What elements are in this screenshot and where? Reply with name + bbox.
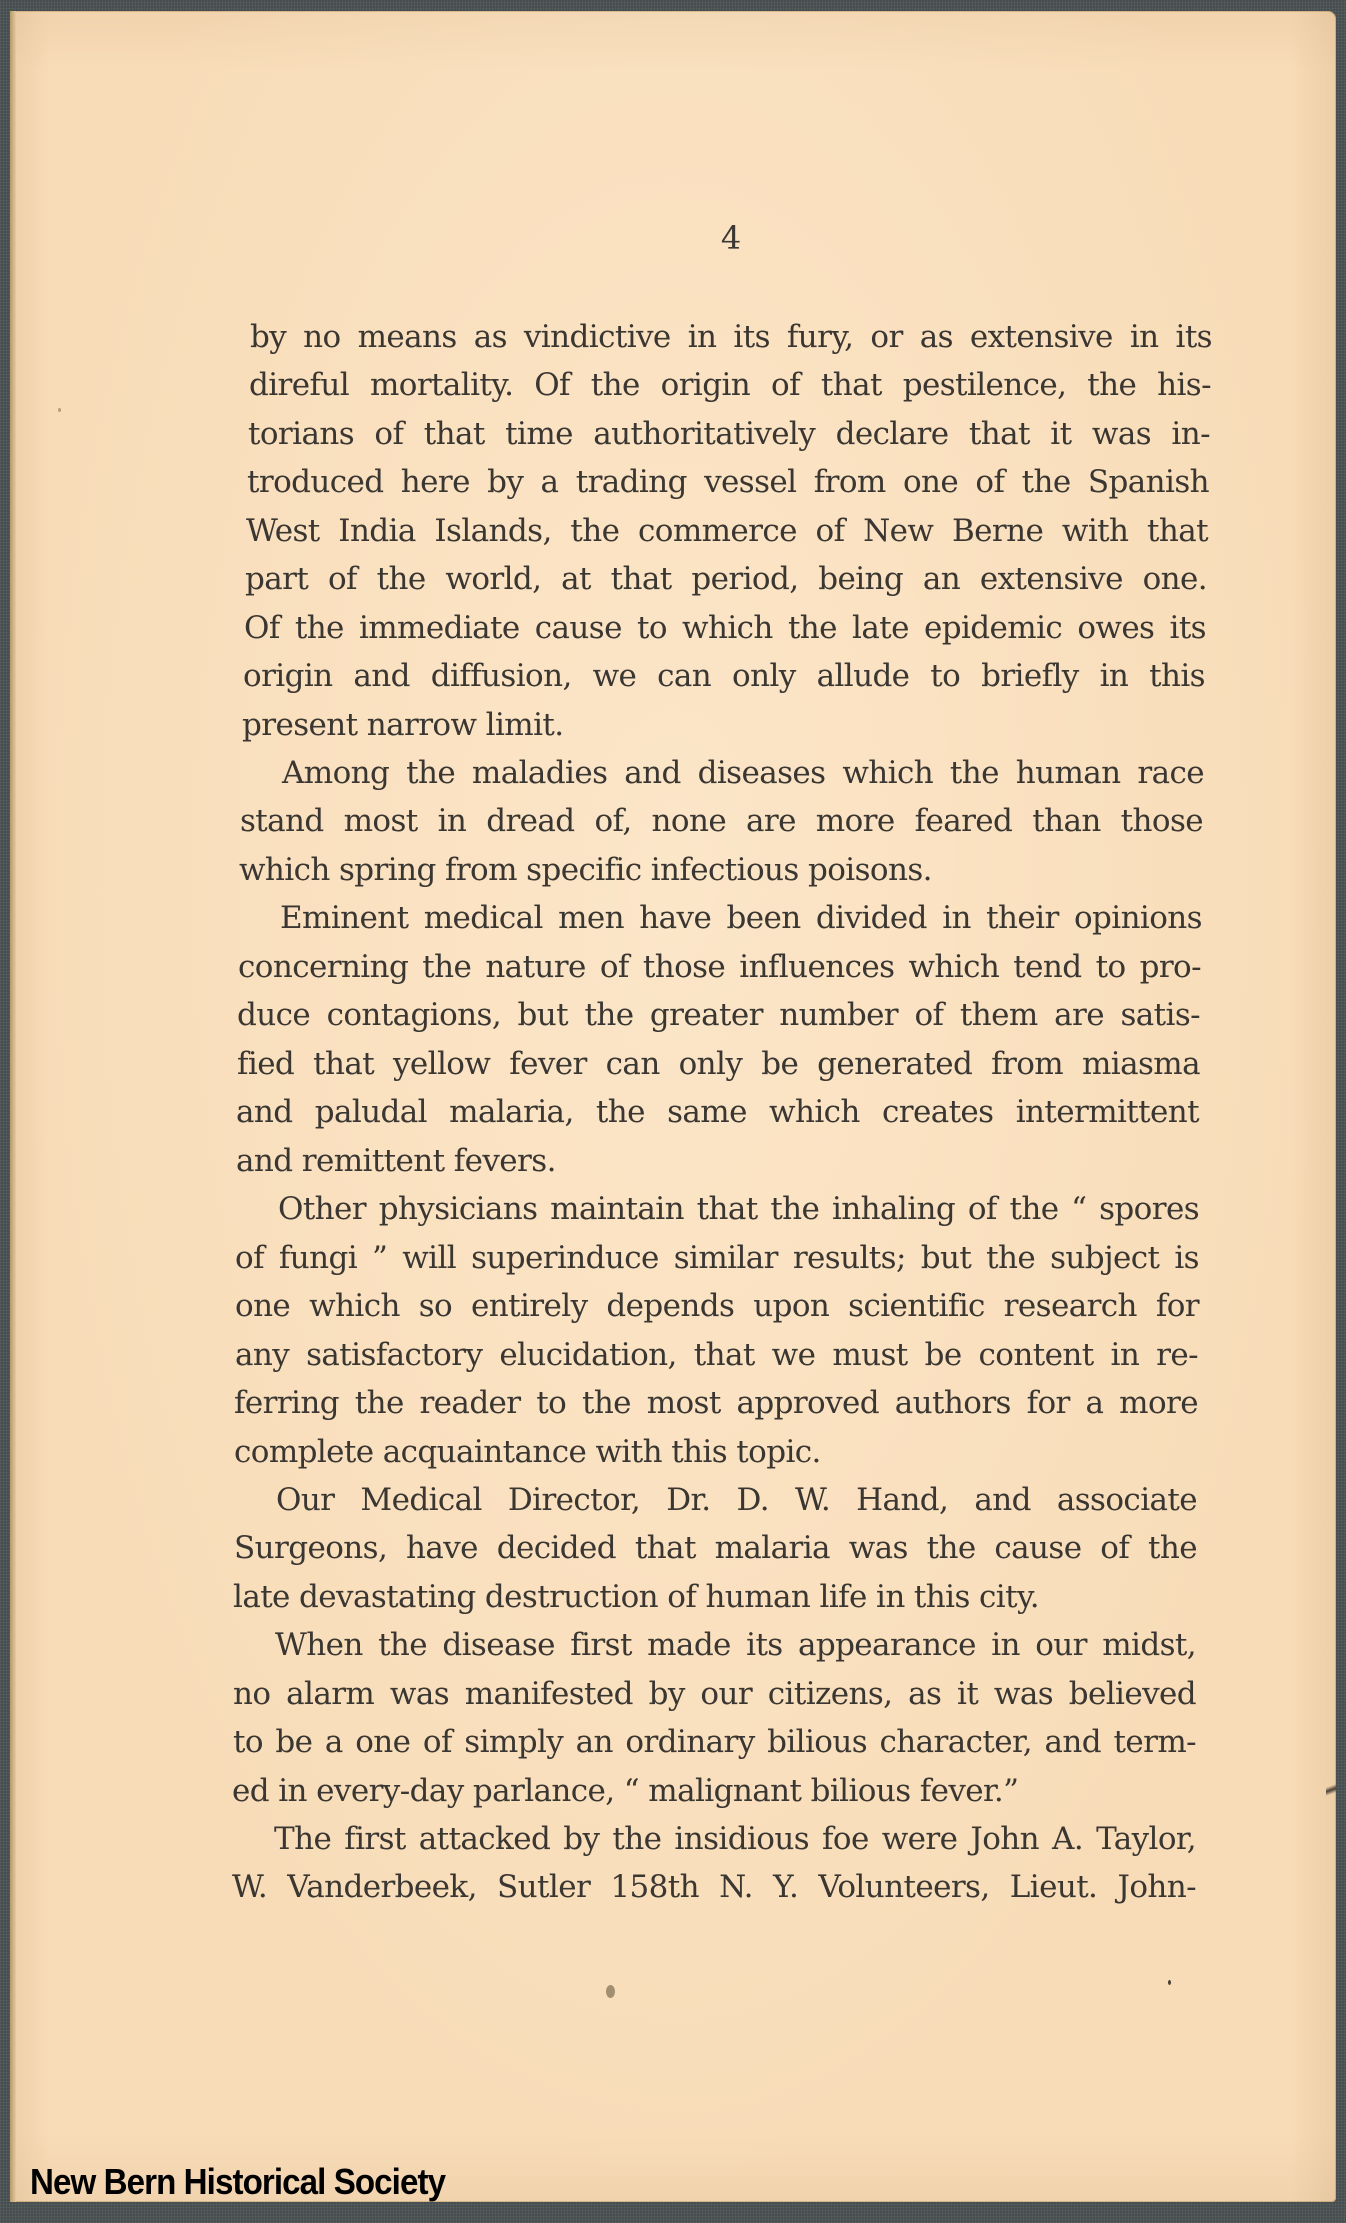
text-line: to be a one of simply an ordinary biliou… <box>233 1722 1196 1762</box>
text-line: Other physicians maintain that the inhal… <box>278 1189 1199 1229</box>
text-line: origin and diffusion, we can only allude… <box>243 656 1205 696</box>
paper-stain <box>606 1985 615 1998</box>
text-line: direful mortality. Of the origin of that… <box>249 365 1211 405</box>
text-line: Our Medical Director, Dr. D. W. Hand, an… <box>276 1480 1197 1520</box>
text-line: troduced here by a trading vessel from o… <box>247 462 1209 502</box>
watermark: New Bern Historical Society <box>30 2160 445 2204</box>
text-line: duce contagions, but the greater number … <box>237 995 1200 1035</box>
page-number: 4 <box>716 218 746 258</box>
paper-speck <box>58 408 61 412</box>
text-line: no alarm was manifested by our citizens,… <box>233 1674 1196 1714</box>
page-tear <box>1326 1770 1336 1810</box>
text-line: part of the world, at that period, being… <box>245 559 1207 599</box>
text-line: late devastating destruction of human li… <box>233 1577 1039 1617</box>
text-line: Eminent medical men have been divided in… <box>280 898 1202 938</box>
text-line: and paludal malaria, the same which crea… <box>236 1092 1199 1132</box>
text-line: West India Islands, the commerce of New … <box>246 511 1208 551</box>
page-edge <box>10 11 16 2202</box>
text-line: When the disease first made its appearan… <box>275 1625 1196 1665</box>
text-line: concerning the nature of those influence… <box>238 947 1201 987</box>
text-line: Surgeons, have decided that malaria was … <box>234 1528 1197 1568</box>
text-line: by no means as vindictive in its fury, o… <box>250 317 1212 357</box>
text-line: complete acquaintance with this topic. <box>234 1432 821 1472</box>
text-line: fied that yellow fever can only be gener… <box>237 1044 1200 1084</box>
text-line: Of the immediate cause to which the late… <box>244 608 1206 648</box>
text-line: The first attacked by the insidious foe … <box>274 1819 1196 1859</box>
text-line: ferring the reader to the most approved … <box>234 1383 1198 1423</box>
text-line: torians of that time authoritatively dec… <box>248 414 1210 454</box>
text-line: ed in every-day parlance, “ malignant bi… <box>232 1771 1018 1811</box>
text-line: Among the maladies and diseases which th… <box>282 753 1204 793</box>
text-line: which spring from specific infectious po… <box>239 850 932 890</box>
text-line: of fungi ” will superinduce similar resu… <box>235 1238 1199 1278</box>
text-line: and remittent fevers. <box>236 1141 556 1181</box>
text-line: one which so entirely depends upon scien… <box>235 1286 1199 1326</box>
text-line: any satisfactory elucidation, that we mu… <box>235 1335 1198 1375</box>
text-line: present narrow limit. <box>242 705 564 745</box>
text-line: W. Vanderbeek, Sutler 158th N. Y. Volunt… <box>232 1867 1196 1907</box>
text-line: stand most in dread of, none are more fe… <box>240 801 1203 841</box>
paper-speck <box>1168 1980 1171 1985</box>
